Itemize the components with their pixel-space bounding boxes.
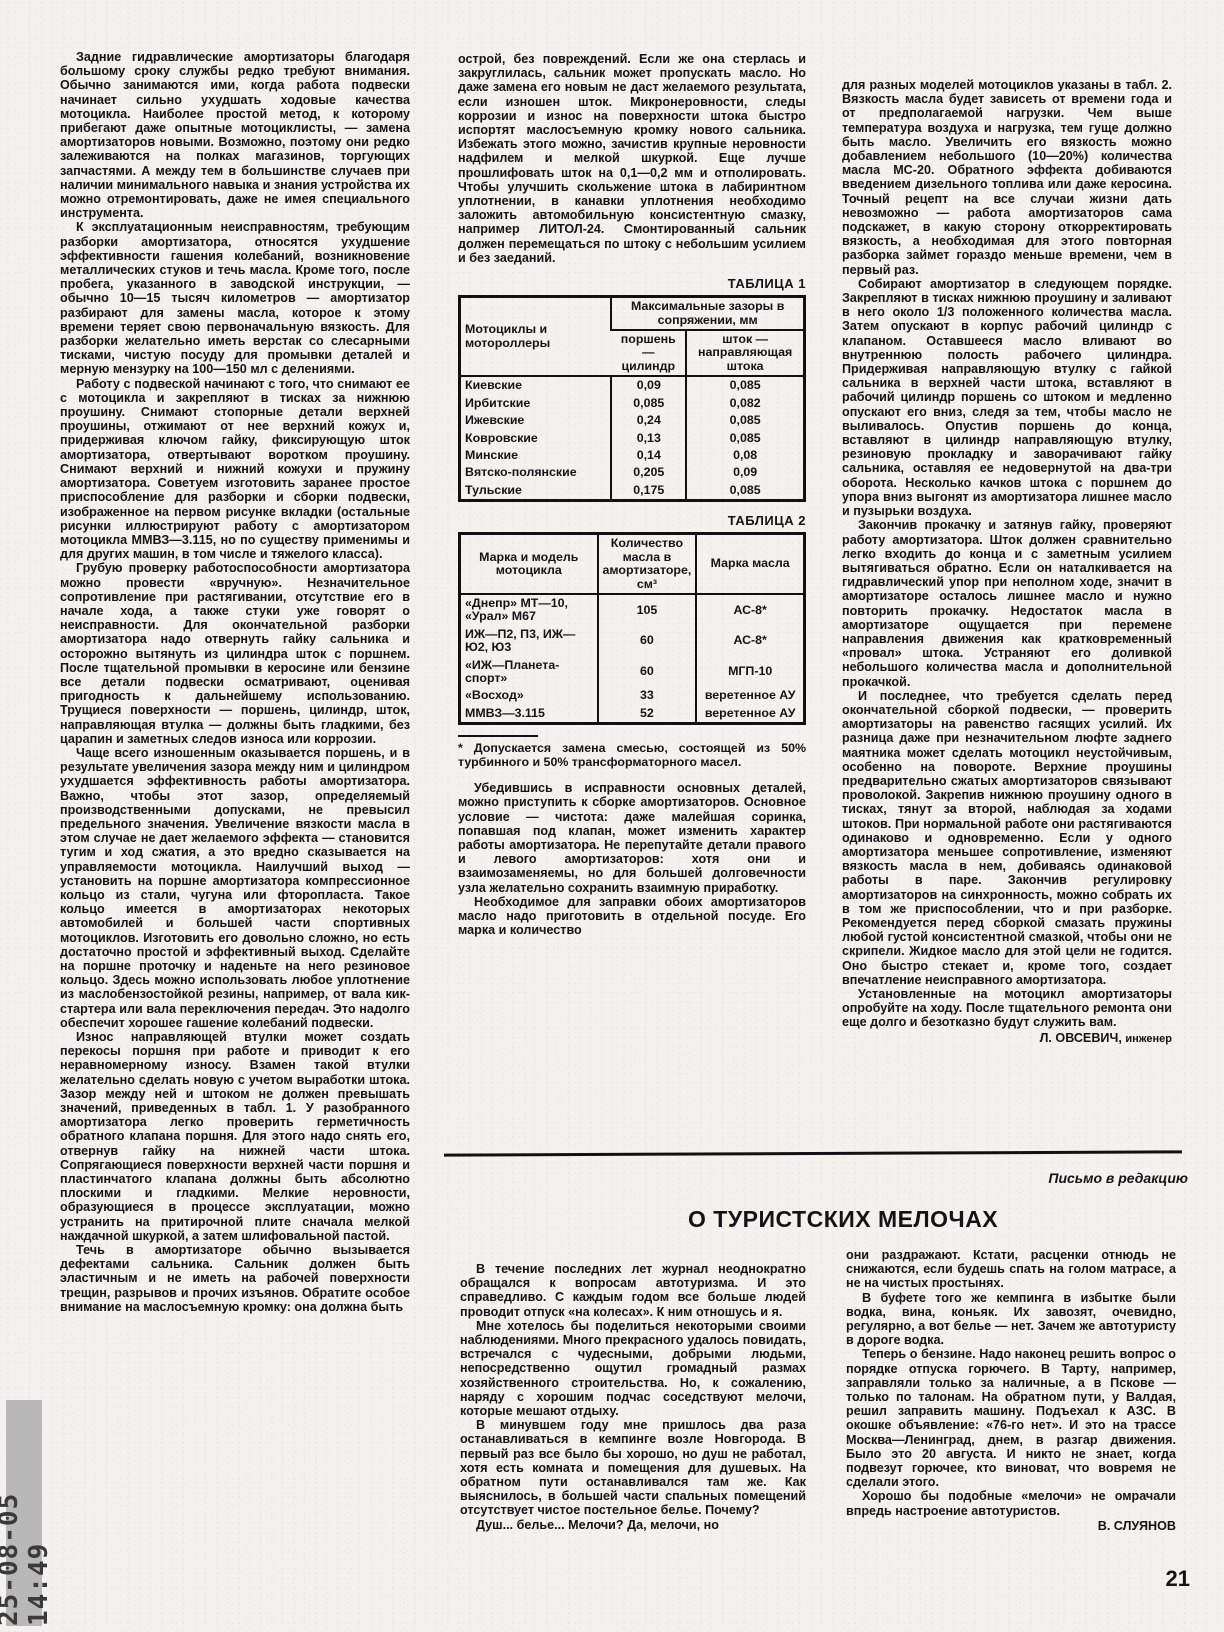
paragraph: Задние гидравлические амортизаторы благо… xyxy=(60,50,410,220)
table-1-label: ТАБЛИЦА 1 xyxy=(458,277,806,291)
article-column-3: для разных моделей мотоциклов указаны в … xyxy=(842,78,1172,1046)
table-1-header-piston: поршень — цилиндр xyxy=(611,330,686,376)
table-2-header-model: Марка и модель мотоцикла xyxy=(460,534,598,594)
paragraph: Мне хотелось бы поделиться некоторыми св… xyxy=(460,1319,806,1418)
table-row: Ижевские0,240,085 xyxy=(460,412,805,429)
paragraph: Теперь о бензине. Надо наконец решить во… xyxy=(846,1347,1176,1489)
paragraph: они раздражают. Кстати, расценки отнюдь … xyxy=(846,1248,1176,1291)
paragraph: Течь в амортизаторе обычно вызывается де… xyxy=(60,1243,410,1314)
table-2-header-quantity: Количество масла в амортизаторе, см³ xyxy=(598,534,697,594)
paragraph: Работу с подвеской начинают с того, что … xyxy=(60,377,410,562)
author-signature: Л. ОВСЕВИЧ, инженер xyxy=(842,1031,1172,1046)
paragraph: Износ направляющей втулки может создать … xyxy=(60,1030,410,1243)
page-number: 21 xyxy=(1166,1566,1190,1592)
table-row: Киевские0,090,085 xyxy=(460,376,805,394)
table-1-header-rod: шток — направляющая штока xyxy=(686,330,804,376)
paragraph: Хорошо бы подобные «мелочи» не омрачали … xyxy=(846,1489,1176,1517)
table-row: Тульские0,1750,085 xyxy=(460,482,805,501)
rubric-letter-to-editor: Письмо в редакцию xyxy=(1048,1170,1188,1186)
article-column-1: Задние гидравлические амортизаторы благо… xyxy=(60,50,410,1314)
table-row: ММВЗ—3.11552веретенное АУ xyxy=(460,705,805,724)
table-row: «Днепр» МТ—10, «Урал» М67105АС-8* xyxy=(460,594,805,626)
article-2-headline: О ТУРИСТСКИХ МЕЛОЧАХ xyxy=(688,1206,998,1233)
table-1-clearances: Мотоциклы и мотороллеры Максимальные заз… xyxy=(458,295,806,502)
paragraph: Закончив прокачку и затянув гайку, прове… xyxy=(842,518,1172,688)
paragraph: для разных моделей мотоциклов указаны в … xyxy=(842,78,1172,277)
paragraph: Чаще всего изношенным оказывается поршен… xyxy=(60,746,410,1030)
table-2-footnote: * Допускается замена смесью, состоящей и… xyxy=(458,731,806,769)
table-2-header-oil: Марка масла xyxy=(696,534,804,594)
table-1-header-vehicles: Мотоциклы и мотороллеры xyxy=(460,297,612,377)
paragraph: Собирают амортизатор в следующем порядке… xyxy=(842,277,1172,518)
paragraph: К эксплуатационным неисправностям, требу… xyxy=(60,220,410,376)
footnote-rule xyxy=(458,735,538,737)
paragraph: И последнее, что требуется сделать перед… xyxy=(842,689,1172,987)
table-2-label: ТАБЛИЦА 2 xyxy=(458,514,806,528)
table-row: ИЖ—П2, П3, ИЖ—Ю2, Ю360АС-8* xyxy=(460,626,805,657)
table-row: «Восход»33веретенное АУ xyxy=(460,687,805,704)
article-column-2: острой, без повреждений. Если же она сте… xyxy=(458,52,806,937)
table-2-oil: Марка и модель мотоцикла Количество масл… xyxy=(458,532,806,725)
paragraph: В буфете того же кемпинга в избытке были… xyxy=(846,1291,1176,1348)
table-row: Ковровские0,130,085 xyxy=(460,430,805,447)
paragraph: Установленные на мотоцикл амортизаторы о… xyxy=(842,987,1172,1030)
paragraph: В течение последних лет журнал неоднокра… xyxy=(460,1262,806,1319)
author-signature: В. СЛУЯНОВ xyxy=(846,1519,1176,1533)
table-row: Ирбитские0,0850,082 xyxy=(460,395,805,412)
table-1-header-group: Максимальные зазоры в сопряжении, мм xyxy=(611,297,804,330)
table-row: «ИЖ—Планета-спорт»60МГП-10 xyxy=(460,657,805,688)
article-2-column-1: В течение последних лет журнал неоднокра… xyxy=(460,1262,806,1532)
section-divider xyxy=(444,1150,1182,1156)
paragraph: Необходимое для заправки обоих амортизат… xyxy=(458,895,806,938)
paragraph: Душ... белье... Мелочи? Да, мелочи, но xyxy=(460,1518,806,1532)
article-2-column-2: они раздражают. Кстати, расценки отнюдь … xyxy=(846,1248,1176,1533)
paragraph: острой, без повреждений. Если же она сте… xyxy=(458,52,806,265)
paragraph: В минувшем году мне пришлось два раза ос… xyxy=(460,1418,806,1517)
paragraph: Убедившись в исправности основных детале… xyxy=(458,781,806,895)
table-row: Минские0,140,08 xyxy=(460,447,805,464)
paragraph: Грубую проверку работоспособности аморти… xyxy=(60,561,410,746)
table-row: Вятско-полянские0,2050,09 xyxy=(460,464,805,481)
margin-date-stamp: 25-08-05 14:49 xyxy=(6,1400,42,1626)
